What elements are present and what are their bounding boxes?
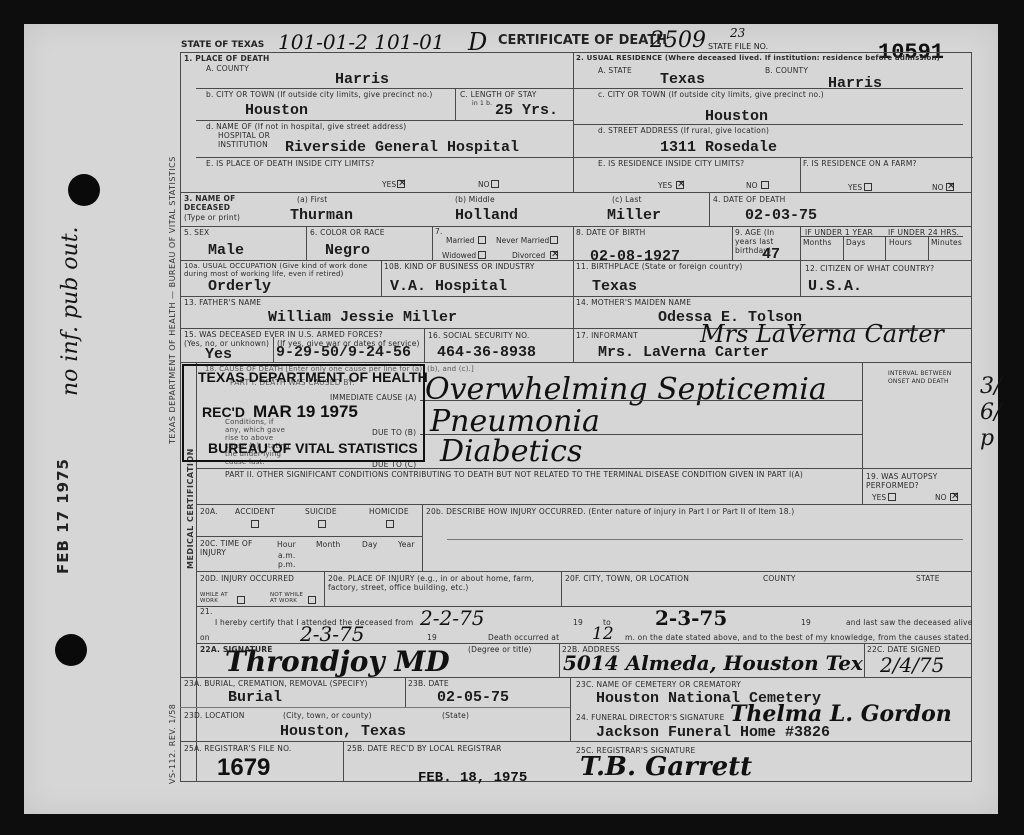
nineteen-2: 19 [801, 618, 811, 627]
registrar-date-value: FEB. 18, 1975 [418, 770, 527, 786]
divider [800, 226, 801, 260]
name-label: 3. NAME OF DECEASED [184, 194, 244, 212]
occupation-value: Orderly [208, 278, 271, 295]
res-inside-yes-checkbox[interactable] [676, 181, 684, 189]
birthplace-label: 11. BIRTHPLACE (State or foreign country… [576, 262, 743, 271]
race-label: 6. COLOR OR RACE [310, 228, 385, 237]
first-name-value: Thurman [290, 207, 353, 224]
pod-stay-sub: in 1 b. [472, 100, 492, 107]
not-while-at-work-label: NOT WHILE AT WORK [270, 592, 308, 604]
residence-label: 2. USUAL RESIDENCE (Where deceased lived… [576, 54, 940, 62]
20a-label: 20a. [200, 507, 218, 516]
place-of-death-label: 1. PLACE OF DEATH [184, 54, 269, 63]
registrar-signature: T.B. Garrett [580, 752, 752, 782]
divider [180, 226, 972, 227]
homicide-label: HOMICIDE [369, 507, 409, 516]
divider [306, 226, 307, 260]
occupation-label: 10a. USUAL OCCUPATION (Give kind of work… [184, 262, 382, 278]
location-label: 23d. LOCATION [184, 711, 245, 720]
divider [324, 571, 325, 606]
father-value: William Jessie Miller [268, 309, 457, 326]
minutes-label: Minutes [931, 238, 962, 247]
cert-text2: and last saw the deceased alive [846, 618, 973, 627]
marital-num: 7. [435, 227, 443, 236]
autopsy-yes-label: YES [872, 493, 886, 502]
divider [800, 157, 801, 192]
pod-stay-value: 25 Yrs. [495, 102, 558, 119]
divider [422, 504, 423, 571]
months-label: Months [803, 238, 832, 247]
vertical-department-label: TEXAS DEPARTMENT OF HEALTH — BUREAU OF V… [168, 156, 177, 444]
certificate-title: CERTIFICATE OF DEATH [498, 33, 667, 48]
part2-label: PART II. OTHER SIGNIFICANT CONDITIONS CO… [225, 470, 803, 479]
res-street-label: d. STREET ADDRESS (If rural, give locati… [598, 126, 769, 135]
describe-injury-label: 20b. DESCRIBE HOW INJURY OCCURRED. (Ente… [426, 507, 794, 516]
dod-label: 4. DATE OF DEATH [713, 195, 786, 204]
ssn-label: 16. SOCIAL SECURITY NO. [428, 331, 530, 340]
divider [196, 606, 972, 607]
pod-hospital-value: Riverside General Hospital [285, 139, 519, 156]
res-inside-limits-label: e. IS RESIDENCE INSIDE CITY LIMITS? [598, 159, 744, 168]
divider [381, 260, 382, 296]
nineteen-1: 19 [573, 618, 583, 627]
accident-label: ACCIDENT [235, 507, 275, 516]
middle-name-value: Holland [455, 207, 518, 224]
pod-inside-limits-label: e. IS PLACE OF DEATH INSIDE CITY LIMITS? [206, 159, 374, 168]
pod-city-value: Houston [245, 102, 308, 119]
binder-hole-top [68, 174, 100, 206]
year-label: Year [398, 540, 415, 549]
res-no-label: NO [746, 181, 758, 190]
divider [180, 677, 972, 678]
binder-hole-bottom [55, 634, 87, 666]
armed-forces-value: Yes [205, 346, 232, 363]
citizen-label: 12. CITIZEN OF WHAT COUNTRY? [805, 264, 934, 273]
divider [864, 643, 865, 677]
divider [196, 157, 973, 158]
sex-value: Male [208, 242, 244, 259]
am-label: a.m. [278, 551, 295, 560]
father-label: 13. FATHER'S NAME [184, 298, 261, 307]
attended-from-value: 2-2-75 [420, 606, 484, 630]
degree-label: (Degree or title) [468, 645, 532, 654]
handwritten-number: 2509 [650, 28, 706, 53]
physician-address: 5014 Almeda, Houston Tex [563, 651, 863, 675]
divider [928, 236, 929, 260]
divider [800, 236, 963, 237]
divider [196, 120, 573, 121]
on-label: on [200, 633, 210, 642]
pod-county-label: a. COUNTY [206, 64, 249, 73]
divider [180, 362, 972, 363]
burial-date-value: 02-05-75 [437, 689, 509, 706]
divider [573, 124, 963, 125]
while-at-work-checkbox[interactable] [237, 596, 245, 604]
injury-county-label: COUNTY [763, 574, 796, 583]
sex-label: 5. SEX [184, 228, 209, 237]
handwritten-margin-note: no inf. pub out. [58, 226, 83, 396]
res-street-value: 1311 Rosedale [660, 139, 777, 156]
widowed-label: Widowed [442, 251, 476, 260]
last-name-label: (c) Last [612, 195, 642, 204]
res-state-value: Texas [660, 71, 705, 88]
stamp-date: MAR 19 1975 [253, 402, 358, 422]
pod-hospital-label3: INSTITUTION [218, 140, 268, 149]
divider [196, 504, 972, 505]
divider [420, 400, 863, 401]
physician-signature: Throndjoy MD [225, 645, 450, 678]
hour-label: Hour [277, 540, 296, 549]
nineteen-3: 19 [427, 633, 437, 642]
handwritten-superscript: 23 [730, 26, 745, 40]
res-city-label: c. CITY OR TOWN (If outside city limits,… [598, 90, 824, 99]
death-occurred-label: Death occurred at [488, 633, 559, 642]
right-margin-note: 3/6/p [980, 374, 1000, 452]
form-code: VS-112. REV. 1/58 [168, 704, 177, 784]
pod-stay-label: c. LENGTH OF STAY [460, 90, 537, 99]
death-time-value: 12 [592, 624, 614, 644]
divider [447, 539, 963, 540]
divider [559, 643, 560, 677]
pod-inside-no-checkbox[interactable] [491, 180, 499, 188]
divider [732, 226, 733, 260]
industry-value: V.A. Hospital [390, 278, 507, 295]
cert-text3: m. on the date stated above, and to the … [625, 633, 972, 642]
burial-method-value: Burial [228, 689, 282, 706]
ssn-value: 464-36-8938 [437, 344, 536, 361]
res-farm-label: f. IS RESIDENCE ON A FARM? [803, 159, 917, 168]
stamp-rec-prefix: REC'D [202, 404, 245, 420]
divider [180, 741, 972, 742]
21-label: 21. [200, 607, 213, 616]
state-label: STATE OF TEXAS [181, 40, 264, 50]
date-signed-value: 2/4/75 [880, 653, 944, 677]
accident-checkbox[interactable] [251, 520, 259, 528]
divider [573, 296, 574, 362]
divorced-checkbox[interactable] [550, 251, 558, 259]
interval-label: INTERVAL BETWEEN ONSET AND DEATH [888, 370, 958, 386]
registrar-file-number: 1679 [217, 754, 270, 782]
race-value: Negro [325, 242, 370, 259]
divider [196, 536, 422, 537]
divider [455, 88, 456, 120]
divider [885, 236, 886, 260]
stamp-line3: BUREAU OF VITAL STATISTICS [208, 440, 418, 456]
pod-hospital-label2: HOSPITAL OR [218, 131, 270, 140]
autopsy-no-label: NO [935, 493, 947, 502]
homicide-checkbox[interactable] [386, 520, 394, 528]
divider [573, 88, 963, 89]
while-at-work-label: WHILE AT WORK [200, 592, 230, 604]
cemetery-label: 23c. NAME OF CEMETERY OR CREMATORY [576, 680, 741, 689]
res-inside-no-checkbox[interactable] [761, 181, 769, 189]
location-sub1: (City, town, or county) [283, 711, 372, 720]
divider [432, 226, 433, 260]
divider [196, 88, 573, 89]
divider [405, 677, 406, 707]
pm-label: p.m. [278, 560, 296, 569]
immediate-cause-value: Overwhelming Septicemia [425, 372, 827, 407]
divorced-label: Divorced [512, 251, 545, 260]
time-of-injury-label: 20c. TIME OF INJURY [200, 539, 260, 557]
stamp-line1: TEXAS DEPARTMENT OF HEALTH [198, 369, 428, 385]
due-to-c-value: Diabetics [440, 434, 582, 469]
service-dates-value: 9-29-50/9-24-56 [276, 344, 411, 361]
divider [180, 296, 972, 297]
name-sub: (Type or print) [184, 213, 240, 222]
divider [180, 707, 570, 708]
injury-state-label: STATE [916, 574, 940, 583]
married-label: Married [446, 236, 475, 245]
informant-signature: Mrs LaVerna Carter [700, 320, 944, 348]
pod-hospital-label: d. NAME OF (If not in hospital, give str… [206, 122, 406, 131]
divider [709, 192, 710, 226]
pod-yes-label: YES [382, 180, 396, 189]
armed-forces-label: 15. WAS DECEASED EVER IN U.S. ARMED FORC… [184, 330, 383, 339]
res-yes-label: YES [658, 181, 672, 190]
injury-city-label: 20f. CITY, TOWN, OR LOCATION [565, 574, 689, 583]
divider [843, 236, 844, 260]
not-while-at-work-checkbox[interactable] [308, 596, 316, 604]
divider [800, 260, 801, 296]
mother-label: 14. MOTHER'S MAIDEN NAME [576, 298, 691, 307]
widowed-checkbox[interactable] [478, 251, 486, 259]
divider [561, 571, 562, 606]
dob-label: 8. DATE OF BIRTH [576, 228, 645, 237]
autopsy-no-checkbox[interactable] [950, 493, 958, 501]
never-married-checkbox[interactable] [550, 236, 558, 244]
column-divider-top [573, 52, 574, 192]
suicide-label: SUICIDE [305, 507, 337, 516]
first-name-label: (a) First [297, 195, 327, 204]
divider [862, 362, 863, 504]
never-married-label: Never Married [496, 236, 549, 245]
received-date-stamp: FEB 17 1975 [54, 458, 72, 574]
divider [196, 643, 972, 644]
handwritten-codes: 101-01-2 101-01 [278, 30, 445, 54]
married-checkbox[interactable] [478, 236, 486, 244]
location-value: Houston, Texas [280, 723, 406, 740]
pod-no-label: NO [478, 180, 490, 189]
suicide-checkbox[interactable] [318, 520, 326, 528]
birthplace-value: Texas [592, 278, 637, 295]
res-county-value: Harris [828, 75, 882, 92]
funeral-director-label: 24. FUNERAL DIRECTOR'S SIGNATURE [576, 713, 725, 722]
divider [343, 741, 344, 781]
informant-label: 17. INFORMANT [576, 331, 638, 340]
day-label: Day [362, 540, 377, 549]
dod-value: 02-03-75 [745, 207, 817, 224]
divider [570, 677, 571, 741]
state-file-label: STATE FILE NO. [708, 42, 768, 51]
divider [273, 337, 274, 362]
divider [573, 226, 574, 296]
citizen-value: U.S.A. [808, 278, 862, 295]
res-farm-no-label: NO [932, 183, 944, 192]
registrar-date-label: 25b. DATE REC'D BY LOCAL REGISTRAR [347, 744, 502, 753]
month-label: Month [316, 540, 341, 549]
registrar-file-label: 25a. REGISTRAR'S FILE NO. [184, 744, 292, 753]
last-name-value: Miller [607, 207, 661, 224]
res-farm-yes-checkbox[interactable] [864, 183, 872, 191]
res-state-label: a. STATE [598, 66, 632, 75]
res-farm-no-checkbox[interactable] [946, 183, 954, 191]
burial-method-label: 23a. BURIAL, CREMATION, REMOVAL (Specify… [184, 679, 368, 688]
pod-county-value: Harris [335, 71, 389, 88]
pod-inside-yes-checkbox[interactable] [397, 180, 405, 188]
res-city-value: Houston [705, 108, 768, 125]
divider [180, 192, 972, 193]
funeral-home-value: Jackson Funeral Home #3826 [596, 724, 830, 741]
burial-date-label: 23b. DATE [408, 679, 449, 688]
res-farm-yes-label: YES [848, 183, 862, 192]
autopsy-yes-checkbox[interactable] [888, 493, 896, 501]
autopsy-label: 19. WAS AUTOPSY PERFORMED? [866, 472, 966, 490]
attended-to-value: 2-3-75 [655, 606, 727, 630]
industry-label: 10b. KIND OF BUSINESS OR INDUSTRY [384, 262, 535, 271]
location-sub2: (State) [442, 711, 469, 720]
place-of-injury-label: 20e. PLACE OF INJURY (e.g., in or about … [328, 574, 558, 592]
days-label: Days [846, 238, 866, 247]
divider [180, 260, 972, 261]
divider [196, 571, 972, 572]
divider [424, 328, 425, 362]
middle-name-label: (b) Middle [455, 195, 495, 204]
injury-occurred-label: 20d. INJURY OCCURRED [200, 574, 294, 583]
res-county-label: b. COUNTY [765, 66, 808, 75]
divider [420, 434, 863, 435]
hours-label: Hours [889, 238, 912, 247]
pod-city-label: b. CITY OR TOWN (If outside city limits,… [206, 90, 433, 99]
divider [196, 468, 972, 469]
